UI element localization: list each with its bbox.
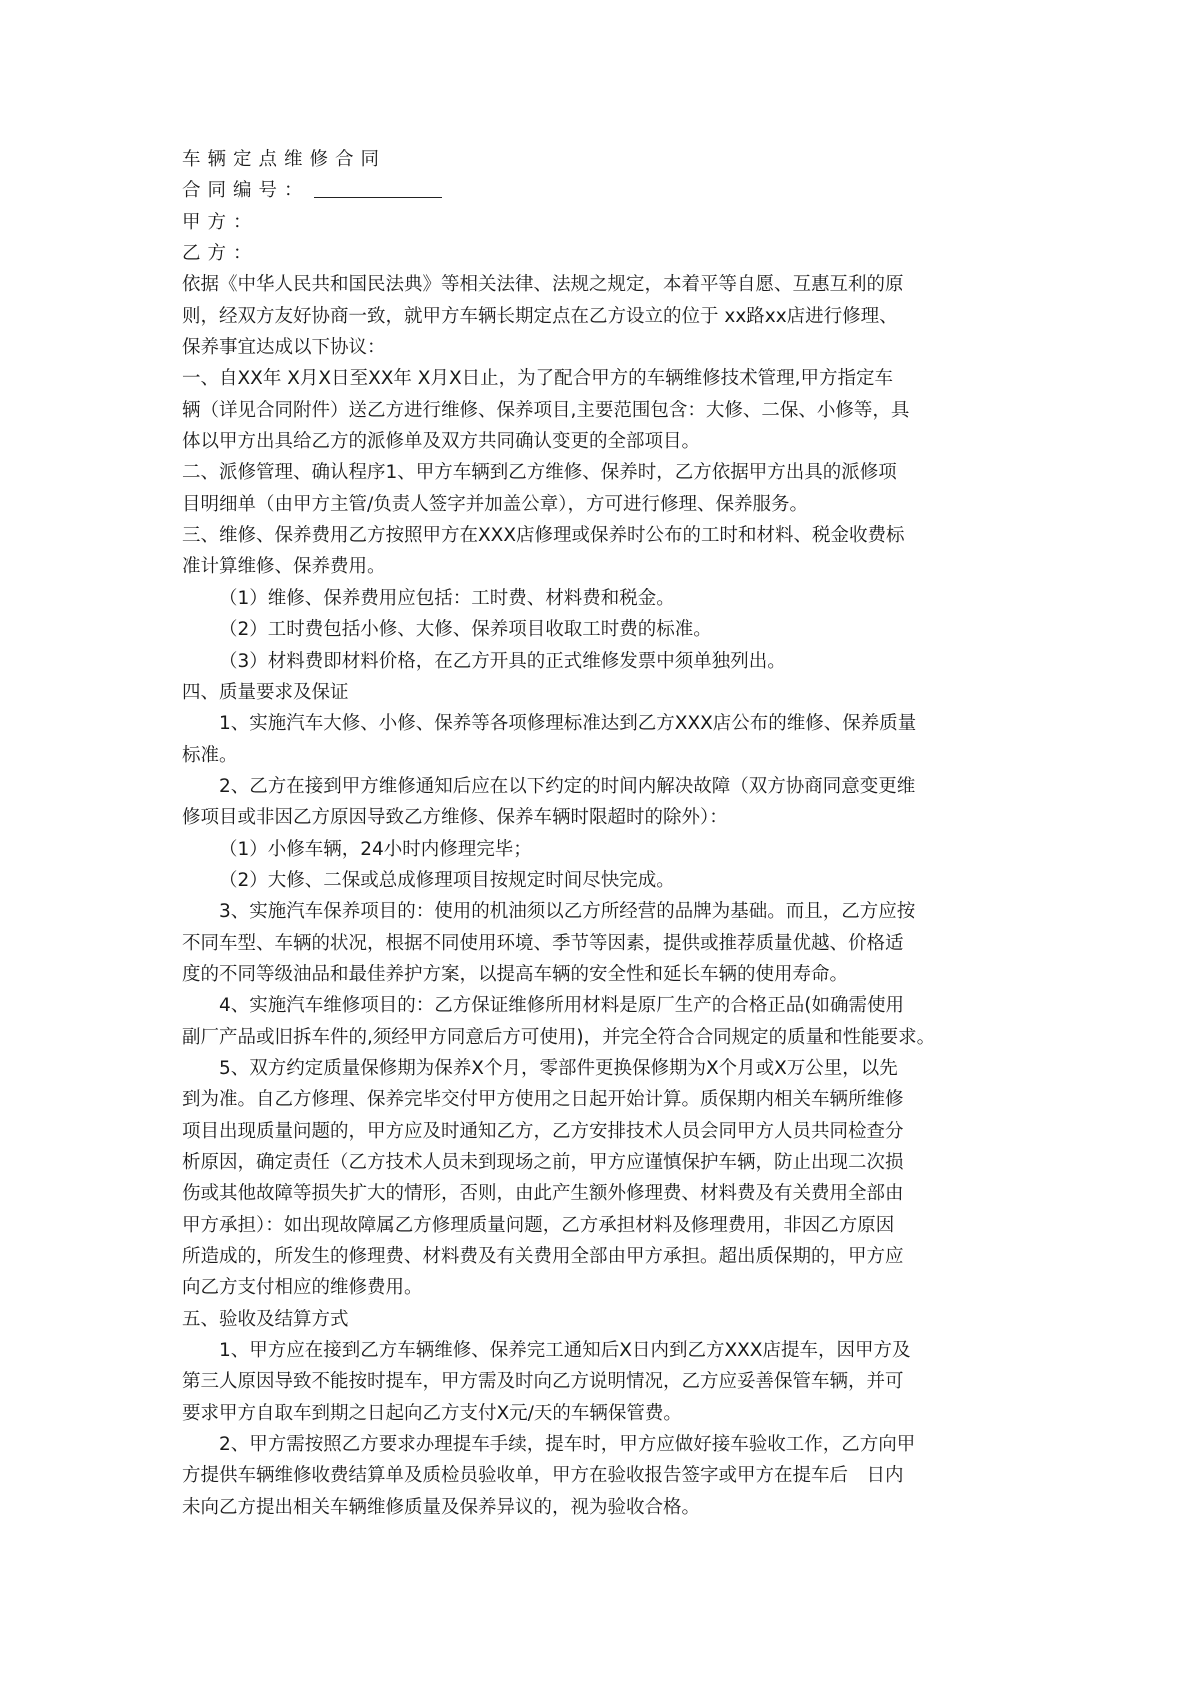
contract-text-line: 体以甲方出具给乙方的派修单及双方共同确认变更的全部项目。 [182,426,1012,457]
contract-text-line: （1）维修、保养费用应包括：工时费、材料费和税金。 [182,583,1012,614]
contract-text-line: 甲方承担）：如出现故障属乙方修理质量问题，乙方承担材料及修理费用，非因乙方原因 [182,1210,1012,1241]
contract-text-line: 项目出现质量问题的，甲方应及时通知乙方，乙方安排技术人员会同甲方人员共同检查分 [182,1116,1012,1147]
contract-text-line: 度的不同等级油品和最佳养护方案，以提高车辆的安全性和延长车辆的使用寿命。 [182,959,1012,990]
contract-text-line: 到为准。自乙方修理、保养完毕交付甲方使用之日起开始计算。质保期内相关车辆所维修 [182,1084,1012,1115]
party-b-label: 乙方： [182,238,1012,269]
party-a-label: 甲方： [182,207,1012,238]
contract-text-line: 三、维修、保养费用乙方按照甲方在XXX店修理或保养时公布的工时和材料、税金收费标 [182,520,1012,551]
contract-text-line: 1、甲方应在接到乙方车辆维修、保养完工通知后X日内到乙方XXX店提车，因甲方及 [182,1335,1012,1366]
contract-text-line: 二、派修管理、确认程序1、甲方车辆到乙方维修、保养时，乙方依据甲方出具的派修项 [182,457,1012,488]
contract-text-line: 伤或其他故障等损失扩大的情形，否则，由此产生额外修理费、材料费及有关费用全部由 [182,1178,1012,1209]
contract-text-line: 保养事宜达成以下协议： [182,332,1012,363]
contract-text-line: 修项目或非因乙方原因导致乙方维修、保养车辆时限超时的除外）： [182,802,1012,833]
contract-text-line: 要求甲方自取车到期之日起向乙方支付X元/天的车辆保管费。 [182,1398,1012,1429]
contract-number-blank [314,179,442,198]
contract-text-line: 依据《中华人民共和国民法典》等相关法律、法规之规定，本着平等自愿、互惠互利的原 [182,269,1012,300]
contract-text-line: 辆（详见合同附件）送乙方进行维修、保养项目,主要范围包含：大修、二保、小修等，具 [182,395,1012,426]
contract-text-line: 四、质量要求及保证 [182,677,1012,708]
contract-text-line: 4、实施汽车维修项目的：乙方保证维修所用材料是原厂生产的合格正品(如确需使用 [182,990,1012,1021]
contract-text-line: 则，经双方友好协商一致，就甲方车辆长期定点在乙方设立的位于 xx路xx店进行修理… [182,301,1012,332]
document-title: 车辆定点维修合同 [182,144,1012,175]
contract-text-line: 3、实施汽车保养项目的：使用的机油须以乙方所经营的品牌为基础。而且，乙方应按 [182,896,1012,927]
contract-text-line: 五、验收及结算方式 [182,1304,1012,1335]
contract-text-line: 1、实施汽车大修、小修、保养等各项修理标准达到乙方XXX店公布的维修、保养质量 [182,708,1012,739]
contract-text-line: 不同车型、车辆的状况，根据不同使用环境、季节等因素，提供或推荐质量优越、价格适 [182,928,1012,959]
contract-document: 车辆定点维修合同 合同编号： 甲方： 乙方： 依据《中华人民共和国民法典》等相关… [182,144,1012,1523]
contract-number-row: 合同编号： [182,175,1012,206]
contract-text-line: 5、双方约定质量保修期为保养X个月，零部件更换保修期为X个月或X万公里，以先 [182,1053,1012,1084]
contract-text-line: （3）材料费即材料价格，在乙方开具的正式维修发票中须单独列出。 [182,646,1012,677]
contract-text-line: 标准。 [182,740,1012,771]
contract-text-line: 副厂产品或旧拆车件的,须经甲方同意后方可使用)，并完全符合合同规定的质量和性能要… [182,1022,1012,1053]
contract-text-line: 2、乙方在接到甲方维修通知后应在以下约定的时间内解决故障（双方协商同意变更维 [182,771,1012,802]
contract-text-line: 准计算维修、保养费用。 [182,551,1012,582]
contract-number-label: 合同编号： [182,180,310,201]
contract-text-line: 第三人原因导致不能按时提车，甲方需及时向乙方说明情况，乙方应妥善保管车辆，并可 [182,1366,1012,1397]
contract-text-line: 目明细单（由甲方主管/负责人签字并加盖公章），方可进行修理、保养服务。 [182,489,1012,520]
contract-text-line: （1）小修车辆，24小时内修理完毕； [182,834,1012,865]
contract-text-line: 未向乙方提出相关车辆维修质量及保养异议的，视为验收合格。 [182,1492,1012,1523]
contract-text-line: 所造成的，所发生的修理费、材料费及有关费用全部由甲方承担。超出质保期的，甲方应 [182,1241,1012,1272]
contract-text-line: 向乙方支付相应的维修费用。 [182,1272,1012,1303]
contract-body: 依据《中华人民共和国民法典》等相关法律、法规之规定，本着平等自愿、互惠互利的原则… [182,269,1012,1523]
contract-text-line: 一、自XX年 X月X日至XX年 X月X日止，为了配合甲方的车辆维修技术管理,甲方… [182,363,1012,394]
contract-text-line: 2、甲方需按照乙方要求办理提车手续，提车时，甲方应做好接车验收工作，乙方向甲 [182,1429,1012,1460]
contract-text-line: 析原因，确定责任（乙方技术人员未到现场之前，甲方应谨慎保护车辆，防止出现二次损 [182,1147,1012,1178]
contract-text-line: （2）大修、二保或总成修理项目按规定时间尽快完成。 [182,865,1012,896]
contract-text-line: （2）工时费包括小修、大修、保养项目收取工时费的标准。 [182,614,1012,645]
contract-text-line: 方提供车辆维修收费结算单及质检员验收单，甲方在验收报告签字或甲方在提车后 日内 [182,1460,1012,1491]
